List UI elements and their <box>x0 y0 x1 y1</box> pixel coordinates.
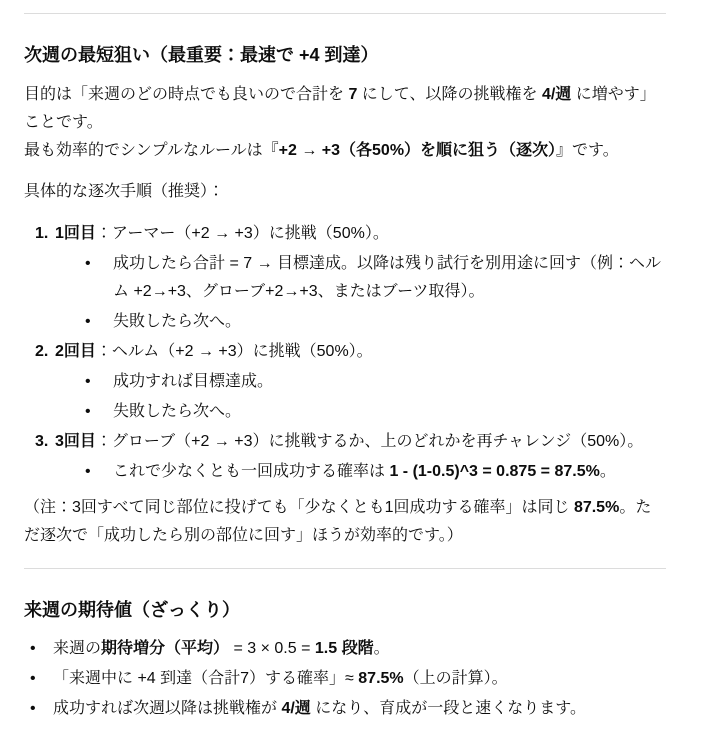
step-text: 3回目：グローブ（+2 → +3）に挑戦するか、上のどれかを再チャレンジ（50%… <box>55 428 666 456</box>
sub-list: • これで少なくとも一回成功する確率は 1 - (1-0.5)^3 = 0.87… <box>55 458 666 486</box>
section-heading-expectation: 来週の期待値（ざっくり） <box>24 597 666 623</box>
list-item-step-2: 2. 2回目：ヘルム（+2 → +3）に挑戦（50%）。 • 成功すれば目標達成… <box>24 338 666 426</box>
section-divider <box>24 13 666 14</box>
bullet-icon: • <box>30 665 53 693</box>
sub-item-text: これで少なくとも一回成功する確率は 1 - (1-0.5)^3 = 0.875 … <box>113 458 616 486</box>
sub-item-text: 成功すれば目標達成。 <box>113 368 273 396</box>
list-item: • これで少なくとも一回成功する確率は 1 - (1-0.5)^3 = 0.87… <box>55 458 666 486</box>
list-number: 2. <box>35 338 55 426</box>
section-heading-next-week: 次週の最短狙い（最重要：最速で +4 到達） <box>24 42 666 68</box>
bullet-icon: • <box>85 250 113 306</box>
list-item: • 成功すれば目標達成。 <box>55 368 666 396</box>
expectation-item-text: 来週の期待増分（平均） = 3 × 0.5 = 1.5 段階。 <box>53 635 390 663</box>
step-body: 2回目：ヘルム（+2 → +3）に挑戦（50%）。 • 成功すれば目標達成。 •… <box>55 338 666 426</box>
list-item: • 成功すれば次週以降は挑戦権が 4/週 になり、育成が一段と速くなります。 <box>24 695 666 723</box>
expectation-item-text: 成功すれば次週以降は挑戦権が 4/週 になり、育成が一段と速くなります。 <box>53 695 586 723</box>
bullet-icon: • <box>85 458 113 486</box>
bullet-icon: • <box>85 308 113 336</box>
sub-list: • 成功したら合計 = 7 → 目標達成。以降は残り試行を別用途に回す（例：ヘル… <box>55 250 666 336</box>
step-text: 2回目：ヘルム（+2 → +3）に挑戦（50%）。 <box>55 338 666 366</box>
section-divider <box>24 568 666 569</box>
sub-item-text: 成功したら合計 = 7 → 目標達成。以降は残り試行を別用途に回す（例：ヘルム … <box>113 250 666 306</box>
list-item: • 来週の期待増分（平均） = 3 × 0.5 = 1.5 段階。 <box>24 635 666 663</box>
list-item-step-3: 3. 3回目：グローブ（+2 → +3）に挑戦するか、上のどれかを再チャレンジ（… <box>24 428 666 486</box>
sub-list: • 成功すれば目標達成。 • 失敗したら次へ。 <box>55 368 666 426</box>
bullet-icon: • <box>30 695 53 723</box>
steps-list: 1. 1回目：アーマー（+2 → +3）に挑戦（50%）。 • 成功したら合計 … <box>24 220 666 486</box>
list-item: • 失敗したら次へ。 <box>55 308 666 336</box>
bullet-icon: • <box>85 398 113 426</box>
step-text: 1回目：アーマー（+2 → +3）に挑戦（50%）。 <box>55 220 666 248</box>
section-expectation: 来週の期待値（ざっくり） • 来週の期待増分（平均） = 3 × 0.5 = 1… <box>24 597 666 723</box>
list-item: • 失敗したら次へ。 <box>55 398 666 426</box>
list-item-step-1: 1. 1回目：アーマー（+2 → +3）に挑戦（50%）。 • 成功したら合計 … <box>24 220 666 336</box>
expectation-item-text: 「来週中に +4 到達（合計7）する確率」≈ 87.5%（上の計算）。 <box>53 665 508 693</box>
bullet-icon: • <box>85 368 113 396</box>
sub-item-text: 失敗したら次へ。 <box>113 308 241 336</box>
section-next-week: 次週の最短狙い（最重要：最速で +4 到達） 目的は「来週のどの時点でも良いので… <box>24 42 666 550</box>
bullet-icon: • <box>30 635 53 663</box>
expectation-list: • 来週の期待増分（平均） = 3 × 0.5 = 1.5 段階。 • 「来週中… <box>24 635 666 723</box>
list-item: • 「来週中に +4 到達（合計7）する確率」≈ 87.5%（上の計算）。 <box>24 665 666 693</box>
steps-intro: 具体的な逐次手順（推奨）： <box>24 178 666 206</box>
list-number: 1. <box>35 220 55 336</box>
goal-paragraph: 目的は「来週のどの時点でも良いので合計を 7 にして、以降の挑戦権を 4/週 に… <box>24 81 666 165</box>
document-page: 次週の最短狙い（最重要：最速で +4 到達） 目的は「来週のどの時点でも良いので… <box>0 0 708 732</box>
list-number: 3. <box>35 428 55 486</box>
note-paragraph: （注：3回すべて同じ部位に投げても「少なくとも1回成功する確率」は同じ 87.5… <box>24 494 666 550</box>
list-item: • 成功したら合計 = 7 → 目標達成。以降は残り試行を別用途に回す（例：ヘル… <box>55 250 666 306</box>
sub-item-text: 失敗したら次へ。 <box>113 398 241 426</box>
step-body: 1回目：アーマー（+2 → +3）に挑戦（50%）。 • 成功したら合計 = 7… <box>55 220 666 336</box>
step-body: 3回目：グローブ（+2 → +3）に挑戦するか、上のどれかを再チャレンジ（50%… <box>55 428 666 486</box>
